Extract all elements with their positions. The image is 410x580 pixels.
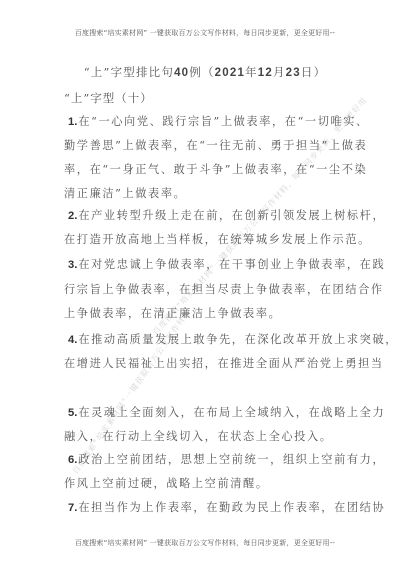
section-subtitle: “上”字型（十） <box>64 90 153 106</box>
item-text: 在推动高质量发展上敢争先，在深化改革开放上求突破， <box>78 333 398 346</box>
item-4-line-2: 在增进人民福祉上出实招，在推进全面从严治党上勇担当 <box>64 356 346 372</box>
item-6-line-2: 作风上空前过硬，战略上空前清醒。 <box>64 476 346 492</box>
item-1-line-1: 1.在“一心向党、践行宗旨”上做表率，在“一切唯实、 <box>68 114 350 130</box>
item-3-line-1: 3.在对党忠诚上争做表率，在干事创业上争做表率，在践 <box>68 257 350 273</box>
item-text: 在对党忠诚上争做表率，在干事创业上争做表率，在践 <box>78 258 385 271</box>
item-text: 在担当作为上作表率，在勤政为民上作表率，在团结协 <box>78 501 385 514</box>
title-count: 40 <box>174 67 189 79</box>
page-footer: 百度搜索“培实素材网” 一键获取百万公文写作材料，每日同步更新，更全更好用-- <box>0 538 410 548</box>
item-2-line-2: 在打造开放高地上当样板，在统筹城乡发展上作示范。 <box>64 232 346 248</box>
item-2-line-1: 2.在产业转型升级上走在前，在创新引领发展上树标杆， <box>68 208 350 224</box>
item-6-line-1: 6.政治上空前团结，思想上空前统一，组织上空前有力， <box>68 452 350 468</box>
item-1-line-2: 勤学善思”上做表率，在“一往无前、勇于担当”上做表 <box>64 138 346 154</box>
item-5-line-2: 融入，在行动上全线切入，在状态上全心投入。 <box>64 429 346 445</box>
title-year: 2021 <box>215 67 245 79</box>
document-page: 百度搜索“培实素材网”一键获取百万公文写作材料，每日同步更新，更全更好用 百度搜… <box>0 0 410 580</box>
title-month: 12 <box>258 67 273 79</box>
item-3-line-3: 上争做表率，在清正廉洁上争做表率。 <box>64 306 346 322</box>
item-4-line-1: 4.在推动高质量发展上敢争先，在深化改革开放上求突破， <box>68 332 350 348</box>
page-header: 百度搜索“培实素材网” 一键获取百万公文写作材料，每日同步更新，更全更好用-- <box>0 28 410 38</box>
item-1-line-4: 清正廉洁”上做表率。 <box>64 186 346 202</box>
item-text: 在灵魂上全面刻入，在布局上全域纳入，在战略上全力 <box>78 406 385 419</box>
item-number: 6. <box>68 454 77 466</box>
item-number: 3. <box>68 259 77 271</box>
title-mid: 例（ <box>189 65 214 79</box>
document-title: “上”字型排比句40例（2021年12月23日） <box>0 64 410 80</box>
item-text: 在“一心向党、践行宗旨”上做表率，在“一切唯实、 <box>78 115 369 128</box>
title-prefix: “上”字型排比句 <box>84 65 174 79</box>
title-day: 23 <box>286 67 301 79</box>
item-number: 5. <box>68 407 77 419</box>
title-suffix: 日） <box>301 65 326 79</box>
item-number: 1. <box>68 116 77 128</box>
item-3-line-2: 行宗旨上争做表率，在担当尽责上争做表率，在团结合作 <box>64 282 346 298</box>
item-number: 7. <box>68 502 77 514</box>
item-5-line-1: 5.在灵魂上全面刻入，在布局上全域纳入，在战略上全力 <box>68 405 350 421</box>
item-text: 政治上空前团结，思想上空前统一，组织上空前有力， <box>78 453 385 466</box>
title-month-unit: 月 <box>273 65 286 79</box>
item-text: 在产业转型升级上走在前，在创新引领发展上树标杆， <box>78 209 385 222</box>
item-7-line-1: 7.在担当作为上作表率，在勤政为民上作表率，在团结协 <box>68 500 350 516</box>
title-year-unit: 年 <box>245 65 258 79</box>
item-1-line-3: 率，在“一身正气、敢于斗争”上做表率，在“一尘不染 <box>64 162 346 178</box>
item-number: 2. <box>68 210 77 222</box>
item-number: 4. <box>68 334 77 346</box>
